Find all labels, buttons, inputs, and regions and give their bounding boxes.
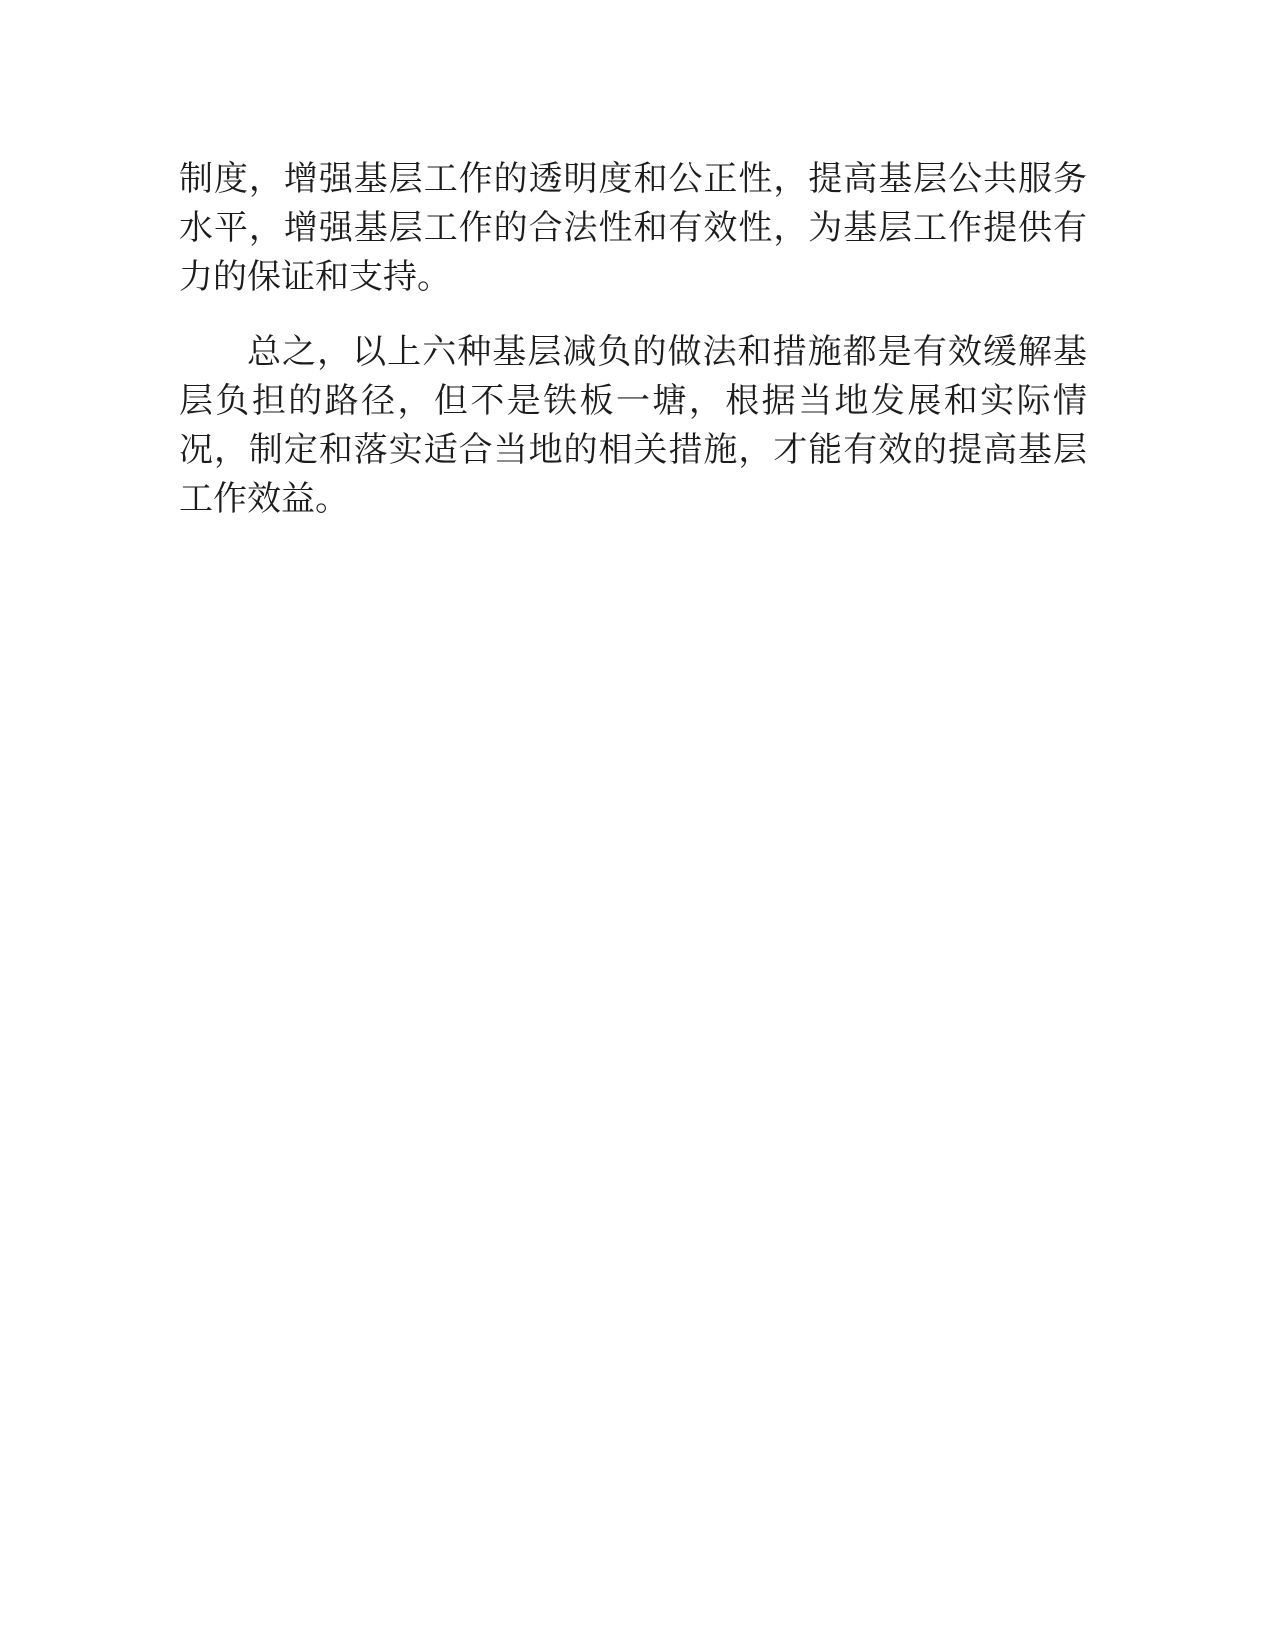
paragraph: 制度，增强基层工作的透明度和公正性，提高基层公共服务水平，增强基层工作的合法性和… [179, 155, 1087, 302]
paragraph: 总之，以上六种基层减负的做法和措施都是有效缓解基层负担的路径，但不是铁板一塘，根… [179, 328, 1087, 524]
document-page: 制度，增强基层工作的透明度和公正性，提高基层公共服务水平，增强基层工作的合法性和… [0, 0, 1275, 1650]
document-body: 制度，增强基层工作的透明度和公正性，提高基层公共服务水平，增强基层工作的合法性和… [179, 155, 1087, 550]
